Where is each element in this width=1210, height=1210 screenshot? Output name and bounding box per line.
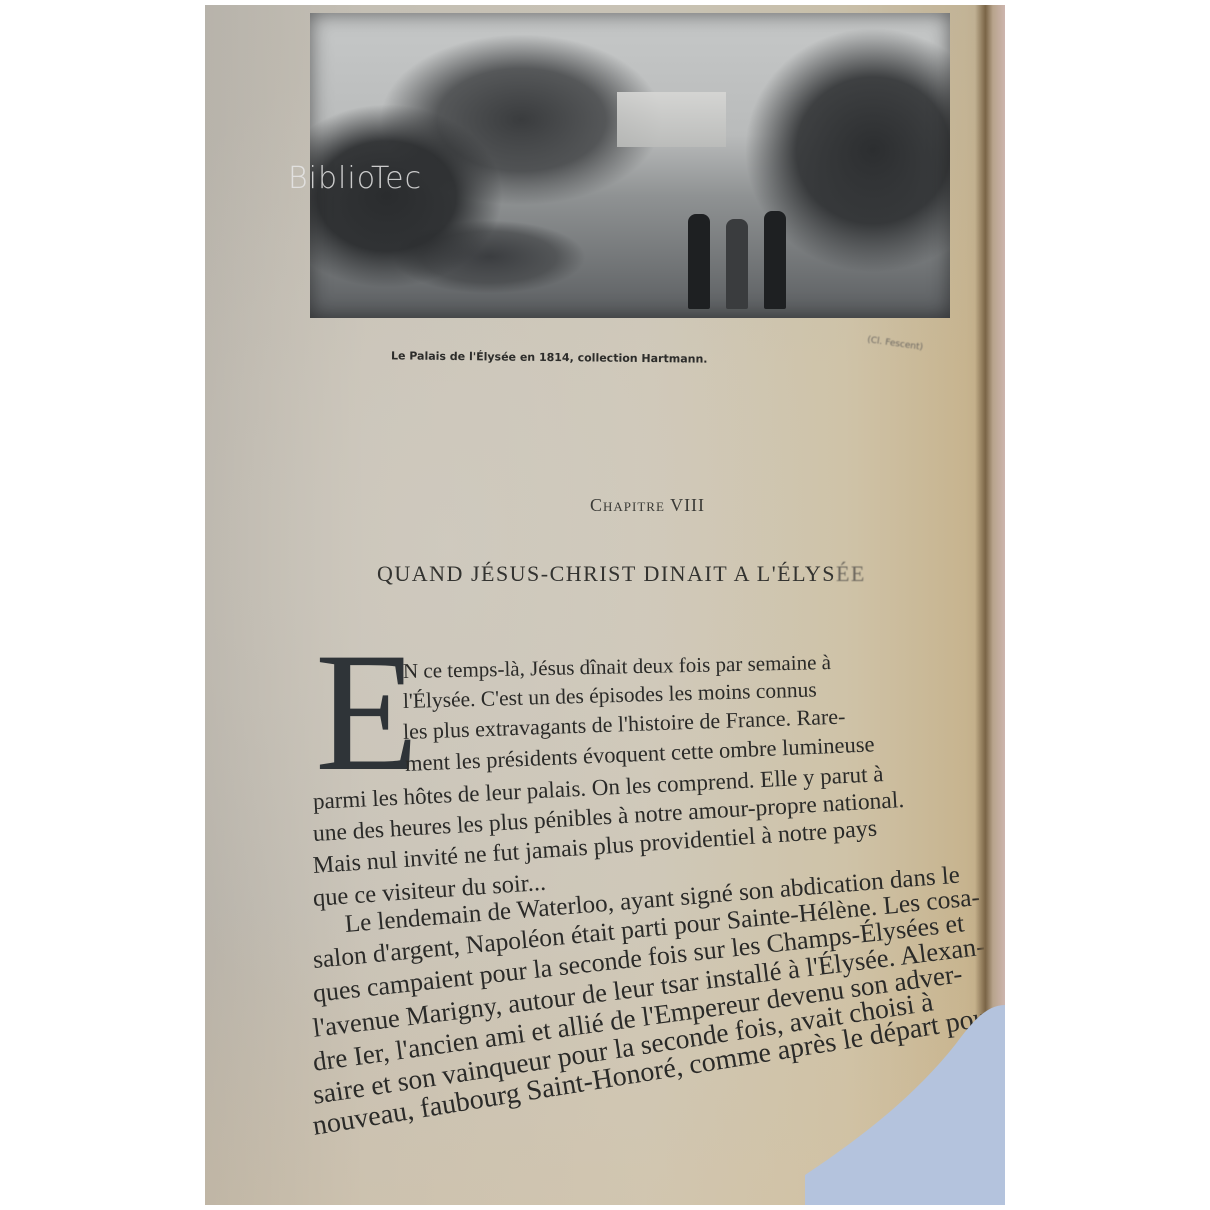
elysee-engraving: BiblioTec	[310, 13, 950, 318]
chapter-title-tail: ÉE	[836, 561, 866, 586]
chapter-title: QUAND JÉSUS-CHRIST DINAIT A L'ÉLYSÉE	[377, 561, 866, 587]
watermark: BiblioTec	[288, 161, 422, 196]
figure-soldier	[726, 219, 748, 309]
palace-facade	[617, 92, 726, 147]
book-page-photo: BiblioTec Le Palais de l'Élysée en 1814,…	[205, 5, 1005, 1205]
chapter-title-main: QUAND JÉSUS-CHRIST DINAIT A L'ÉLYS	[377, 561, 836, 586]
chapter-label: Chapitre VIII	[590, 495, 705, 516]
figure-soldier	[764, 211, 786, 309]
figure-soldier	[688, 214, 710, 309]
